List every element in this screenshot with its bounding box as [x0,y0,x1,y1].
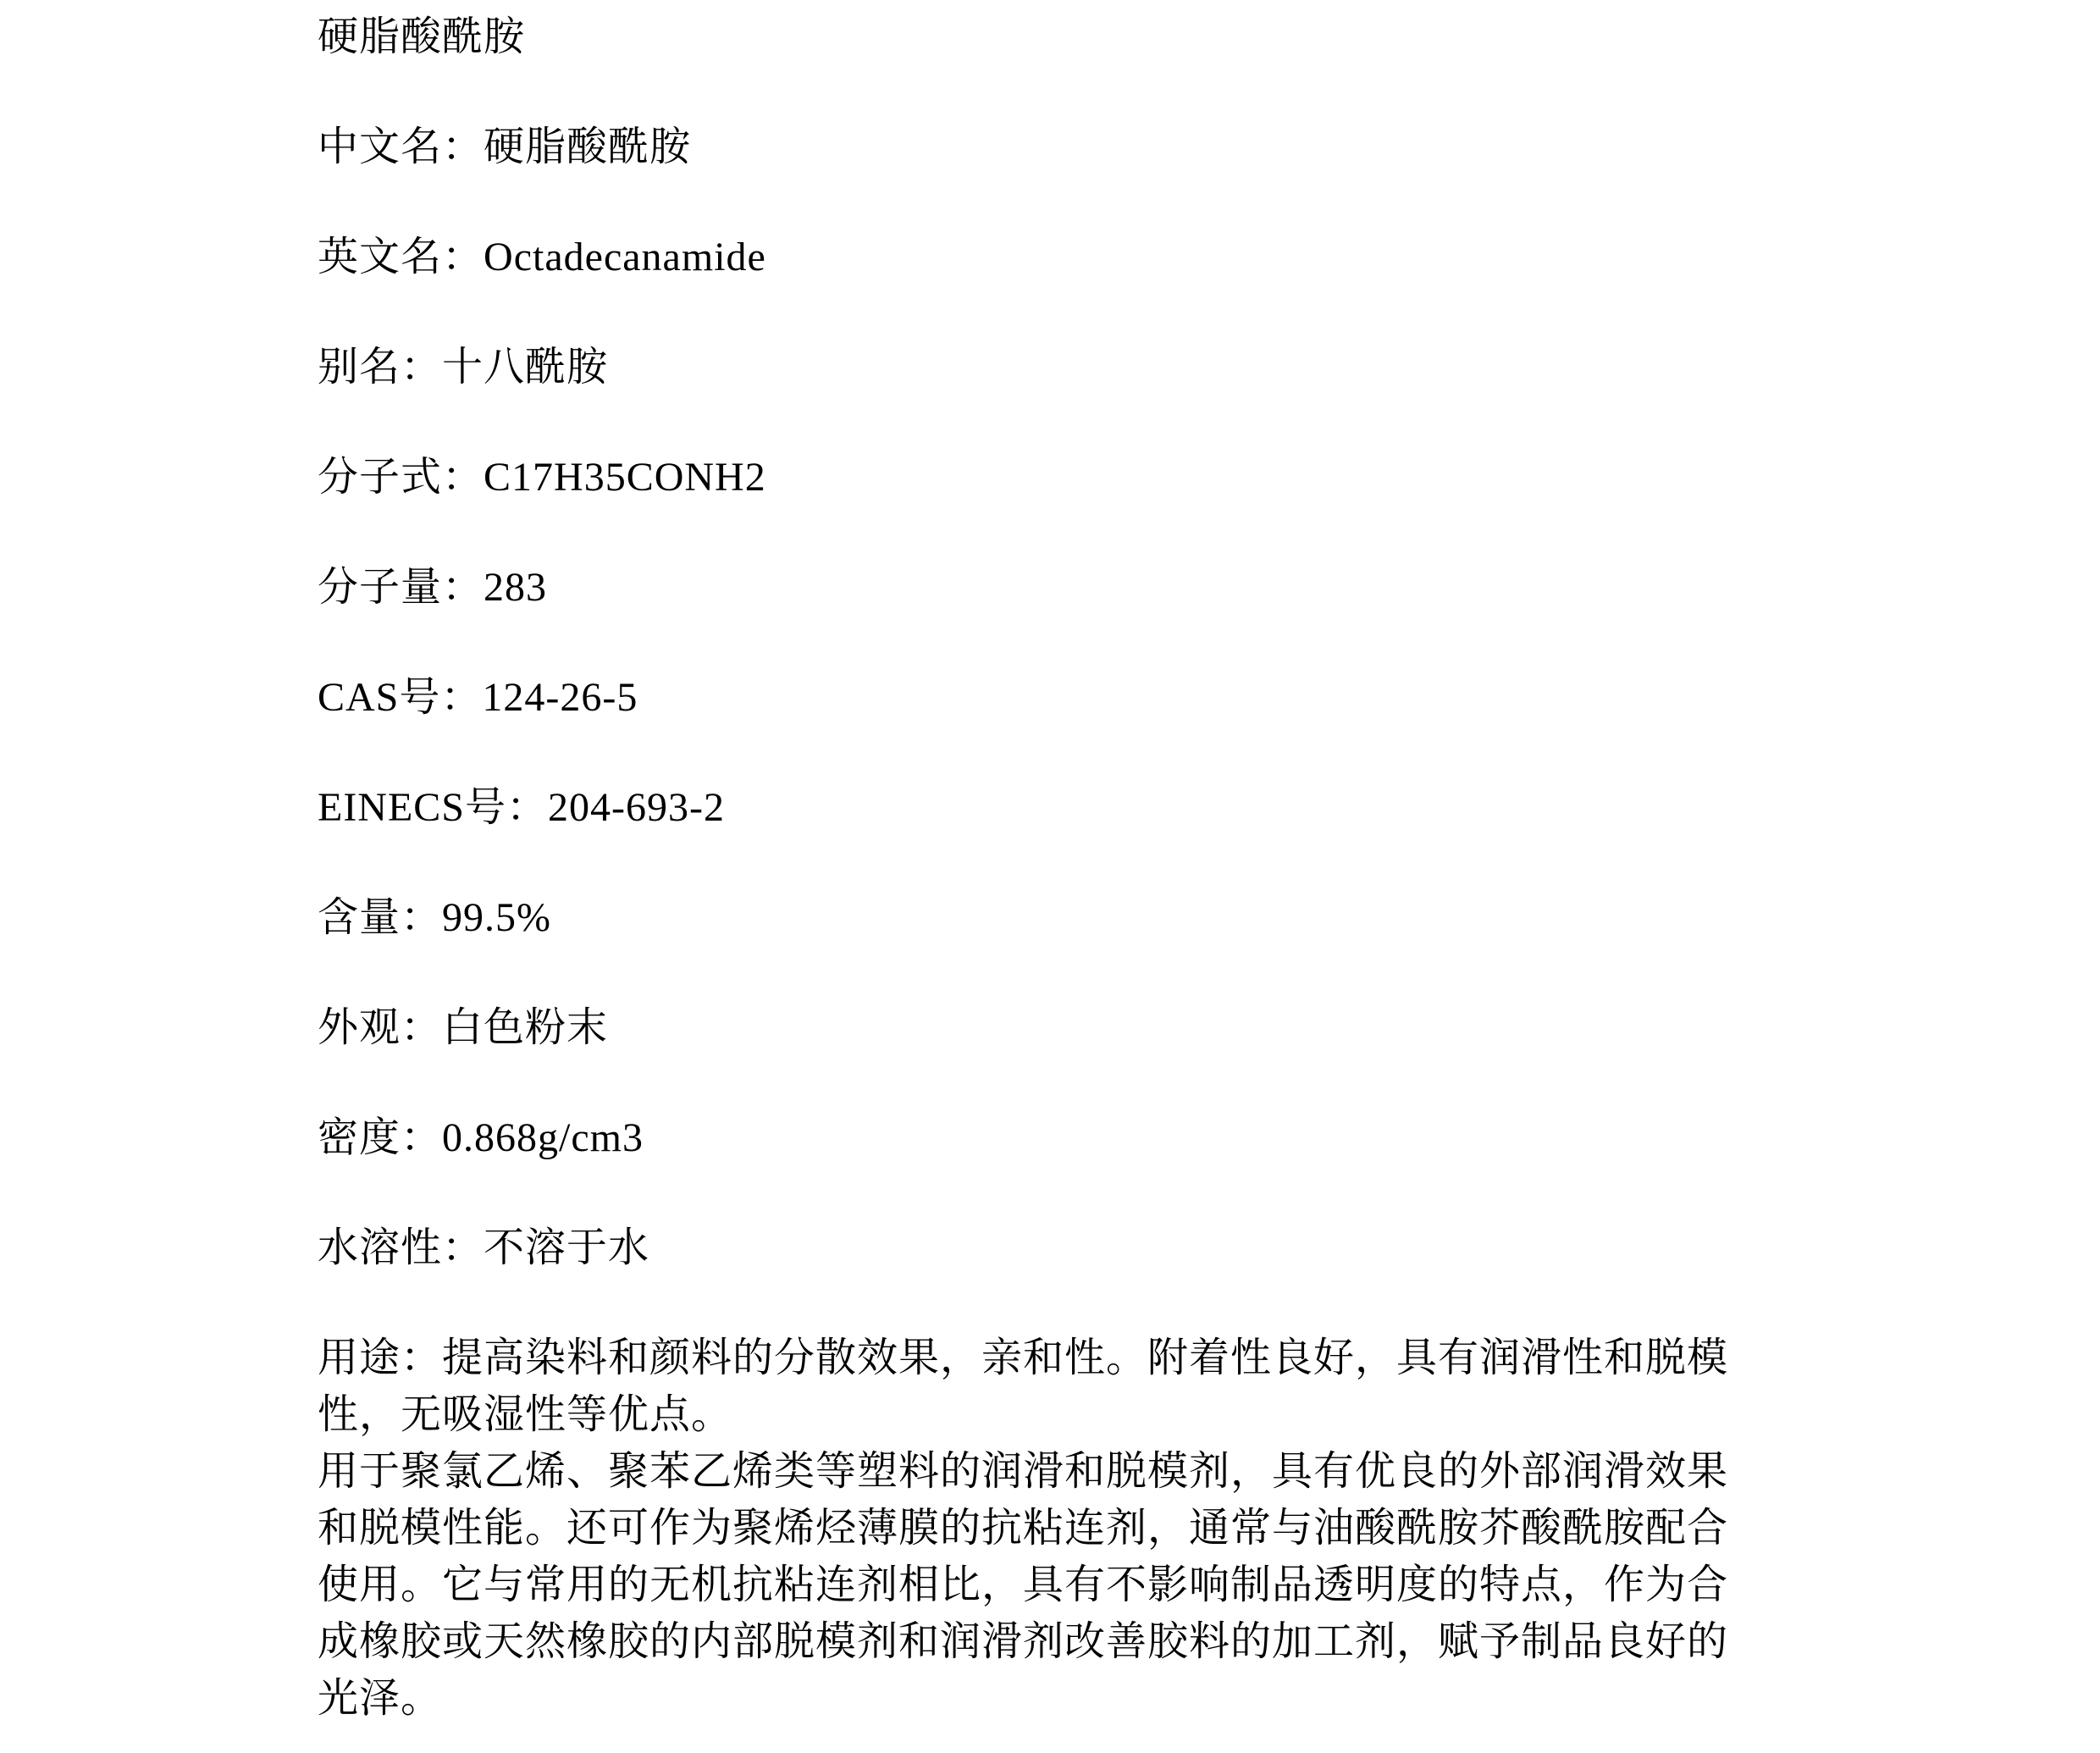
field-row-molecular-formula: 分子式：C17H35CONH2 [318,449,1782,506]
field-value: 不溶于水 [484,1225,649,1270]
field-label: 外观 [318,1005,401,1050]
field-row-alias: 别名：十八酰胺 [318,339,1782,395]
field-value: 十八酰胺 [442,345,608,390]
field-value: 99.5% [442,895,551,940]
field-separator: ： [442,235,484,279]
usage-line: 性，无吸湿性等优点。 [318,1386,1782,1443]
field-separator: ： [401,895,442,940]
field-label: EINECS号 [318,785,506,830]
field-row-water-solubility: 水溶性：不溶于水 [318,1219,1782,1276]
field-label: 别名 [318,345,401,390]
field-value: 204-693-2 [548,785,725,830]
usage-line: 成橡胶或天然橡胶的内部脱模剂和润滑剂改善胶料的加工剂，赋予制品良好的 [318,1613,1782,1670]
document-body: 硬脂酸酰胺 中文名：硬脂酸酰胺 英文名：Octadecanamide 别名：十八… [0,0,1782,1727]
field-label: CAS号 [318,675,440,720]
usage-line: 光泽。 [318,1670,1782,1727]
field-value: 硬脂酸酰胺 [484,124,691,169]
usage-line: 使用。它与常用的无机抗粘连剂相比，具有不影响制品透明度的特点，作为合 [318,1557,1782,1613]
document-title: 硬脂酸酰胺 [318,8,1782,65]
field-label: 分子式 [318,455,442,500]
usage-paragraph: 用途：提高染料和颜料的分散效果，亲和性。附着性良好，具有润滑性和脱模 性，无吸湿… [318,1330,1782,1727]
field-row-appearance: 外观：白色粉末 [318,999,1782,1056]
field-separator: ： [442,124,484,169]
field-row-content-purity: 含量：99.5% [318,889,1782,946]
field-value: 283 [484,565,547,610]
field-separator: ： [401,345,442,390]
field-separator: ： [442,565,484,610]
document-page: 硬脂酸酰胺 中文名：硬脂酸酰胺 英文名：Octadecanamide 别名：十八… [0,0,2100,1753]
field-label: 英文名 [318,235,442,279]
field-separator: ： [401,1115,442,1160]
field-value: 0.868g/cm3 [442,1115,644,1160]
field-row-density: 密度：0.868g/cm3 [318,1109,1782,1166]
field-value: 124-26-5 [482,675,638,720]
field-row-molecular-weight: 分子量：283 [318,559,1782,616]
field-label: 密度 [318,1115,401,1160]
usage-line: 和脱模性能。还可作为聚烯烃薄膜的抗粘连剂，通常与油酸酰胺芥酸酰胺配合 [318,1500,1782,1557]
field-separator: ： [442,1225,484,1270]
field-label: 水溶性 [318,1225,442,1270]
field-label: 分子量 [318,565,442,610]
field-row-english-name: 英文名：Octadecanamide [318,229,1782,285]
usage-line: 用途：提高染料和颜料的分散效果，亲和性。附着性良好，具有润滑性和脱模 [318,1330,1782,1386]
field-separator: ： [506,785,548,830]
field-separator: ： [401,1005,442,1050]
field-value: 白色粉末 [442,1005,608,1050]
field-label: 中文名 [318,124,442,169]
field-separator: ： [442,455,484,500]
field-separator: ： [440,675,482,720]
field-row-cas-number: CAS号：124-26-5 [318,669,1782,726]
field-value: C17H35CONH2 [484,455,766,500]
field-label: 含量 [318,895,401,940]
field-row-chinese-name: 中文名：硬脂酸酰胺 [318,119,1782,175]
field-value: Octadecanamide [484,235,766,279]
field-row-einecs-number: EINECS号：204-693-2 [318,779,1782,836]
usage-line: 用于聚氯乙烯、聚苯乙烯类等塑料的润滑和脱模剂，具有优良的外部润滑效果 [318,1443,1782,1500]
